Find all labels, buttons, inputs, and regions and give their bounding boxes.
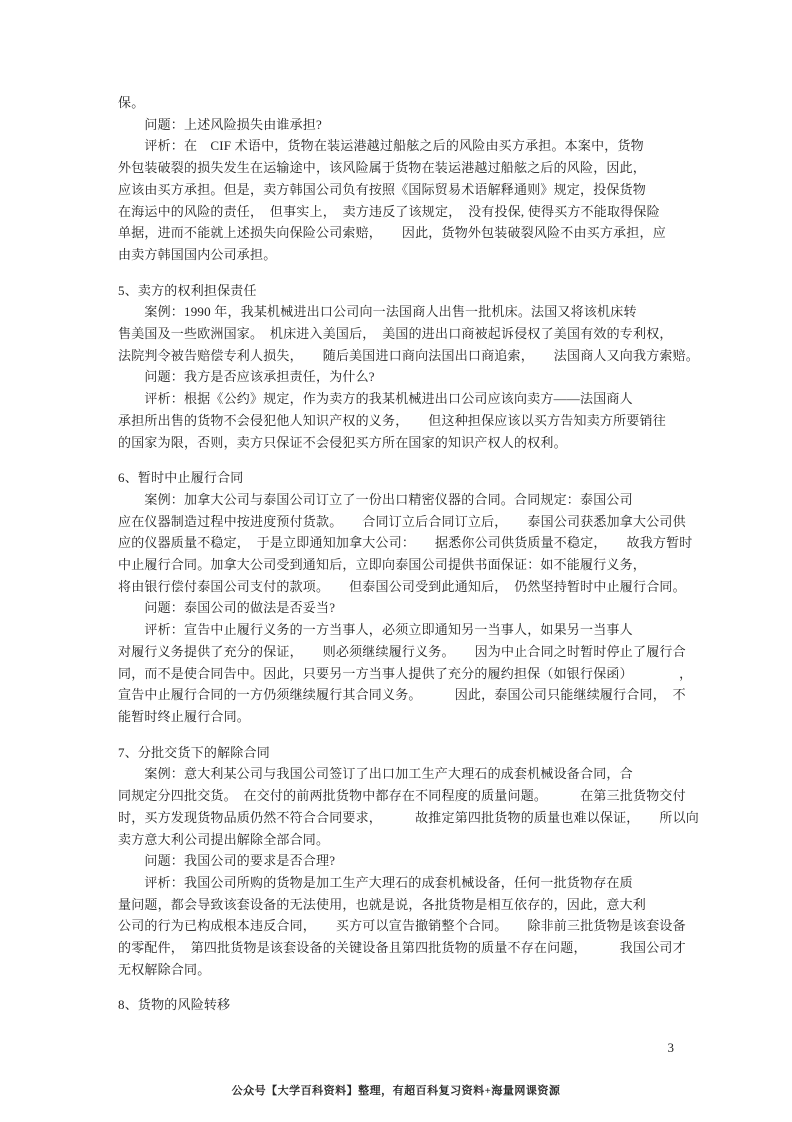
text-line: 能暂时终止履行合同。 [118, 706, 684, 728]
text-line: 案例：意大利某公司与我国公司签订了出口加工生产大理石的成套机械设备合同，合 [118, 763, 684, 785]
text-line: 问题：我方是否应该承担责任，为什么? [118, 366, 684, 388]
page-footer: 公众号【大学百科资料】整理，有超百科复习资料+海量网课资源 [0, 1084, 792, 1098]
section: 保。 问题：上述风险损失由谁承担? 评析：在 CIF 术语中，货物在装运港越过船… [118, 92, 684, 266]
section-heading: 5、卖方的权利担保责任 [118, 280, 684, 302]
text-line: 的零配件， 第四批货物是该套设备的关键设备且第四批货物的质量不存在问题， 我国公… [118, 937, 684, 959]
text-line: 评析：我国公司所购的货物是加工生产大理石的成套机械设备，任何一批货物存在质 [118, 872, 684, 894]
text-line: 应的仪器质量不稳定， 于是立即通知加拿大公司： 据悉你公司供货质量不稳定， 故我… [118, 532, 684, 554]
section: 7、分批交货下的解除合同 案例：意大利某公司与我国公司签订了出口加工生产大理石的… [118, 742, 684, 981]
text-line: 的国家为限，否则，卖方只保证不会侵犯买方所在国家的知识产权人的权利。 [118, 432, 684, 454]
document-body: 保。 问题：上述风险损失由谁承担? 评析：在 CIF 术语中，货物在装运港越过船… [118, 92, 684, 1016]
text-line: 应在仪器制造过程中按进度预付货款。 合同订立后合同订立后， 泰国公司获悉加拿大公… [118, 511, 684, 533]
section-heading: 6、暂时中止履行合同 [118, 467, 684, 489]
text-line: 评析：宣告中止履行义务的一方当事人，必须立即通知另一当事人，如果另一当事人 [118, 619, 684, 641]
section: 8、货物的风险转移 [118, 994, 684, 1016]
section: 5、卖方的权利担保责任 案例：1990 年，我某机械进出口公司向一法国商人出售一… [118, 280, 684, 454]
text-line: 卖方意大利公司提出解除全部合同。 [118, 829, 684, 851]
text-line: 单据，进而不能就上述损失向保险公司索赔， 因此，货物外包装破裂风险不由买方承担，… [118, 222, 684, 244]
section: 6、暂时中止履行合同 案例：加拿大公司与泰国公司订立了一份出口精密仪器的合同。合… [118, 467, 684, 727]
text-line: 评析：在 CIF 术语中，货物在装运港越过船舷之后的风险由买方承担。本案中，货物 [118, 135, 684, 157]
section-heading: 7、分批交货下的解除合同 [118, 742, 684, 764]
text-line: 问题：上述风险损失由谁承担? [118, 114, 684, 136]
text-line: 保。 [118, 92, 684, 114]
text-line: 将由银行偿付泰国公司支付的款项。 但泰国公司受到此通知后， 仍然坚持暂时中止履行… [118, 576, 684, 598]
text-line: 外包装破裂的损失发生在运输途中，该风险属于货物在装运港越过船舷之后的风险，因此， [118, 157, 684, 179]
text-line: 宣告中止履行合同的一方仍须继续履行其合同义务。 因此，泰国公司只能继续履行合同，… [118, 684, 684, 706]
section-heading: 8、货物的风险转移 [118, 994, 684, 1016]
text-line: 评析：根据《公约》规定，作为卖方的我某机械进出口公司应该向卖方——法国商人 [118, 388, 684, 410]
text-line: 问题：泰国公司的做法是否妥当? [118, 597, 684, 619]
text-line: 案例：1990 年，我某机械进出口公司向一法国商人出售一批机床。法国又将该机床转 [118, 301, 684, 323]
document-page: 保。 问题：上述风险损失由谁承担? 评析：在 CIF 术语中，货物在装运港越过船… [0, 0, 792, 1122]
text-line: 法院判令被告赔偿专利人损失， 随后美国进口商向法国出口商追索， 法国商人又向我方… [118, 345, 684, 367]
text-line: 案例：加拿大公司与泰国公司订立了一份出口精密仪器的合同。合同规定：泰国公司 [118, 489, 684, 511]
text-line: 无权解除合同。 [118, 959, 684, 981]
text-line: 承担所出售的货物不会侵犯他人知识产权的义务， 但这种担保应该以买方告知卖方所要销… [118, 410, 684, 432]
text-line: 问题：我国公司的要求是否合理? [118, 850, 684, 872]
text-line: 量问题，都会导致该套设备的无法使用，也就是说，各批货物是相互依存的，因此，意大利 [118, 894, 684, 916]
text-line: 售美国及一些欧洲国家。 机床进入美国后， 美国的进出口商被起诉侵权了美国有效的专… [118, 323, 684, 345]
text-line: 时，买方发现货物品质仍然不符合合同要求， 故推定第四批货物的质量也难以保证， 所… [118, 807, 684, 829]
text-line: 同，而不是使合同告中。因此，只要另一方当事人提供了充分的履约担保（如银行保函） … [118, 663, 684, 685]
text-line: 应该由买方承担。但是，卖方韩国公司负有按照《国际贸易术语解释通则》规定，投保货物 [118, 179, 684, 201]
page-number: 3 [118, 1040, 674, 1056]
text-line: 公司的行为已构成根本违反合同， 买方可以宣告撤销整个合同。 除非前三批货物是该套… [118, 915, 684, 937]
text-line: 在海运中的风险的责任， 但事实上， 卖方违反了该规定， 没有投保, 使得买方不能… [118, 201, 684, 223]
text-line: 由卖方韩国国内公司承担。 [118, 244, 684, 266]
text-line: 中止履行合同。加拿大公司受到通知后，立即向泰国公司提供书面保证：如不能履行义务， [118, 554, 684, 576]
text-line: 同规定分四批交货。 在交付的前两批货物中都存在不同程度的质量问题。 在第三批货物… [118, 785, 684, 807]
text-line: 对履行义务提供了充分的保证， 则必须继续履行义务。 因为中止合同之时暂时停止了履… [118, 641, 684, 663]
